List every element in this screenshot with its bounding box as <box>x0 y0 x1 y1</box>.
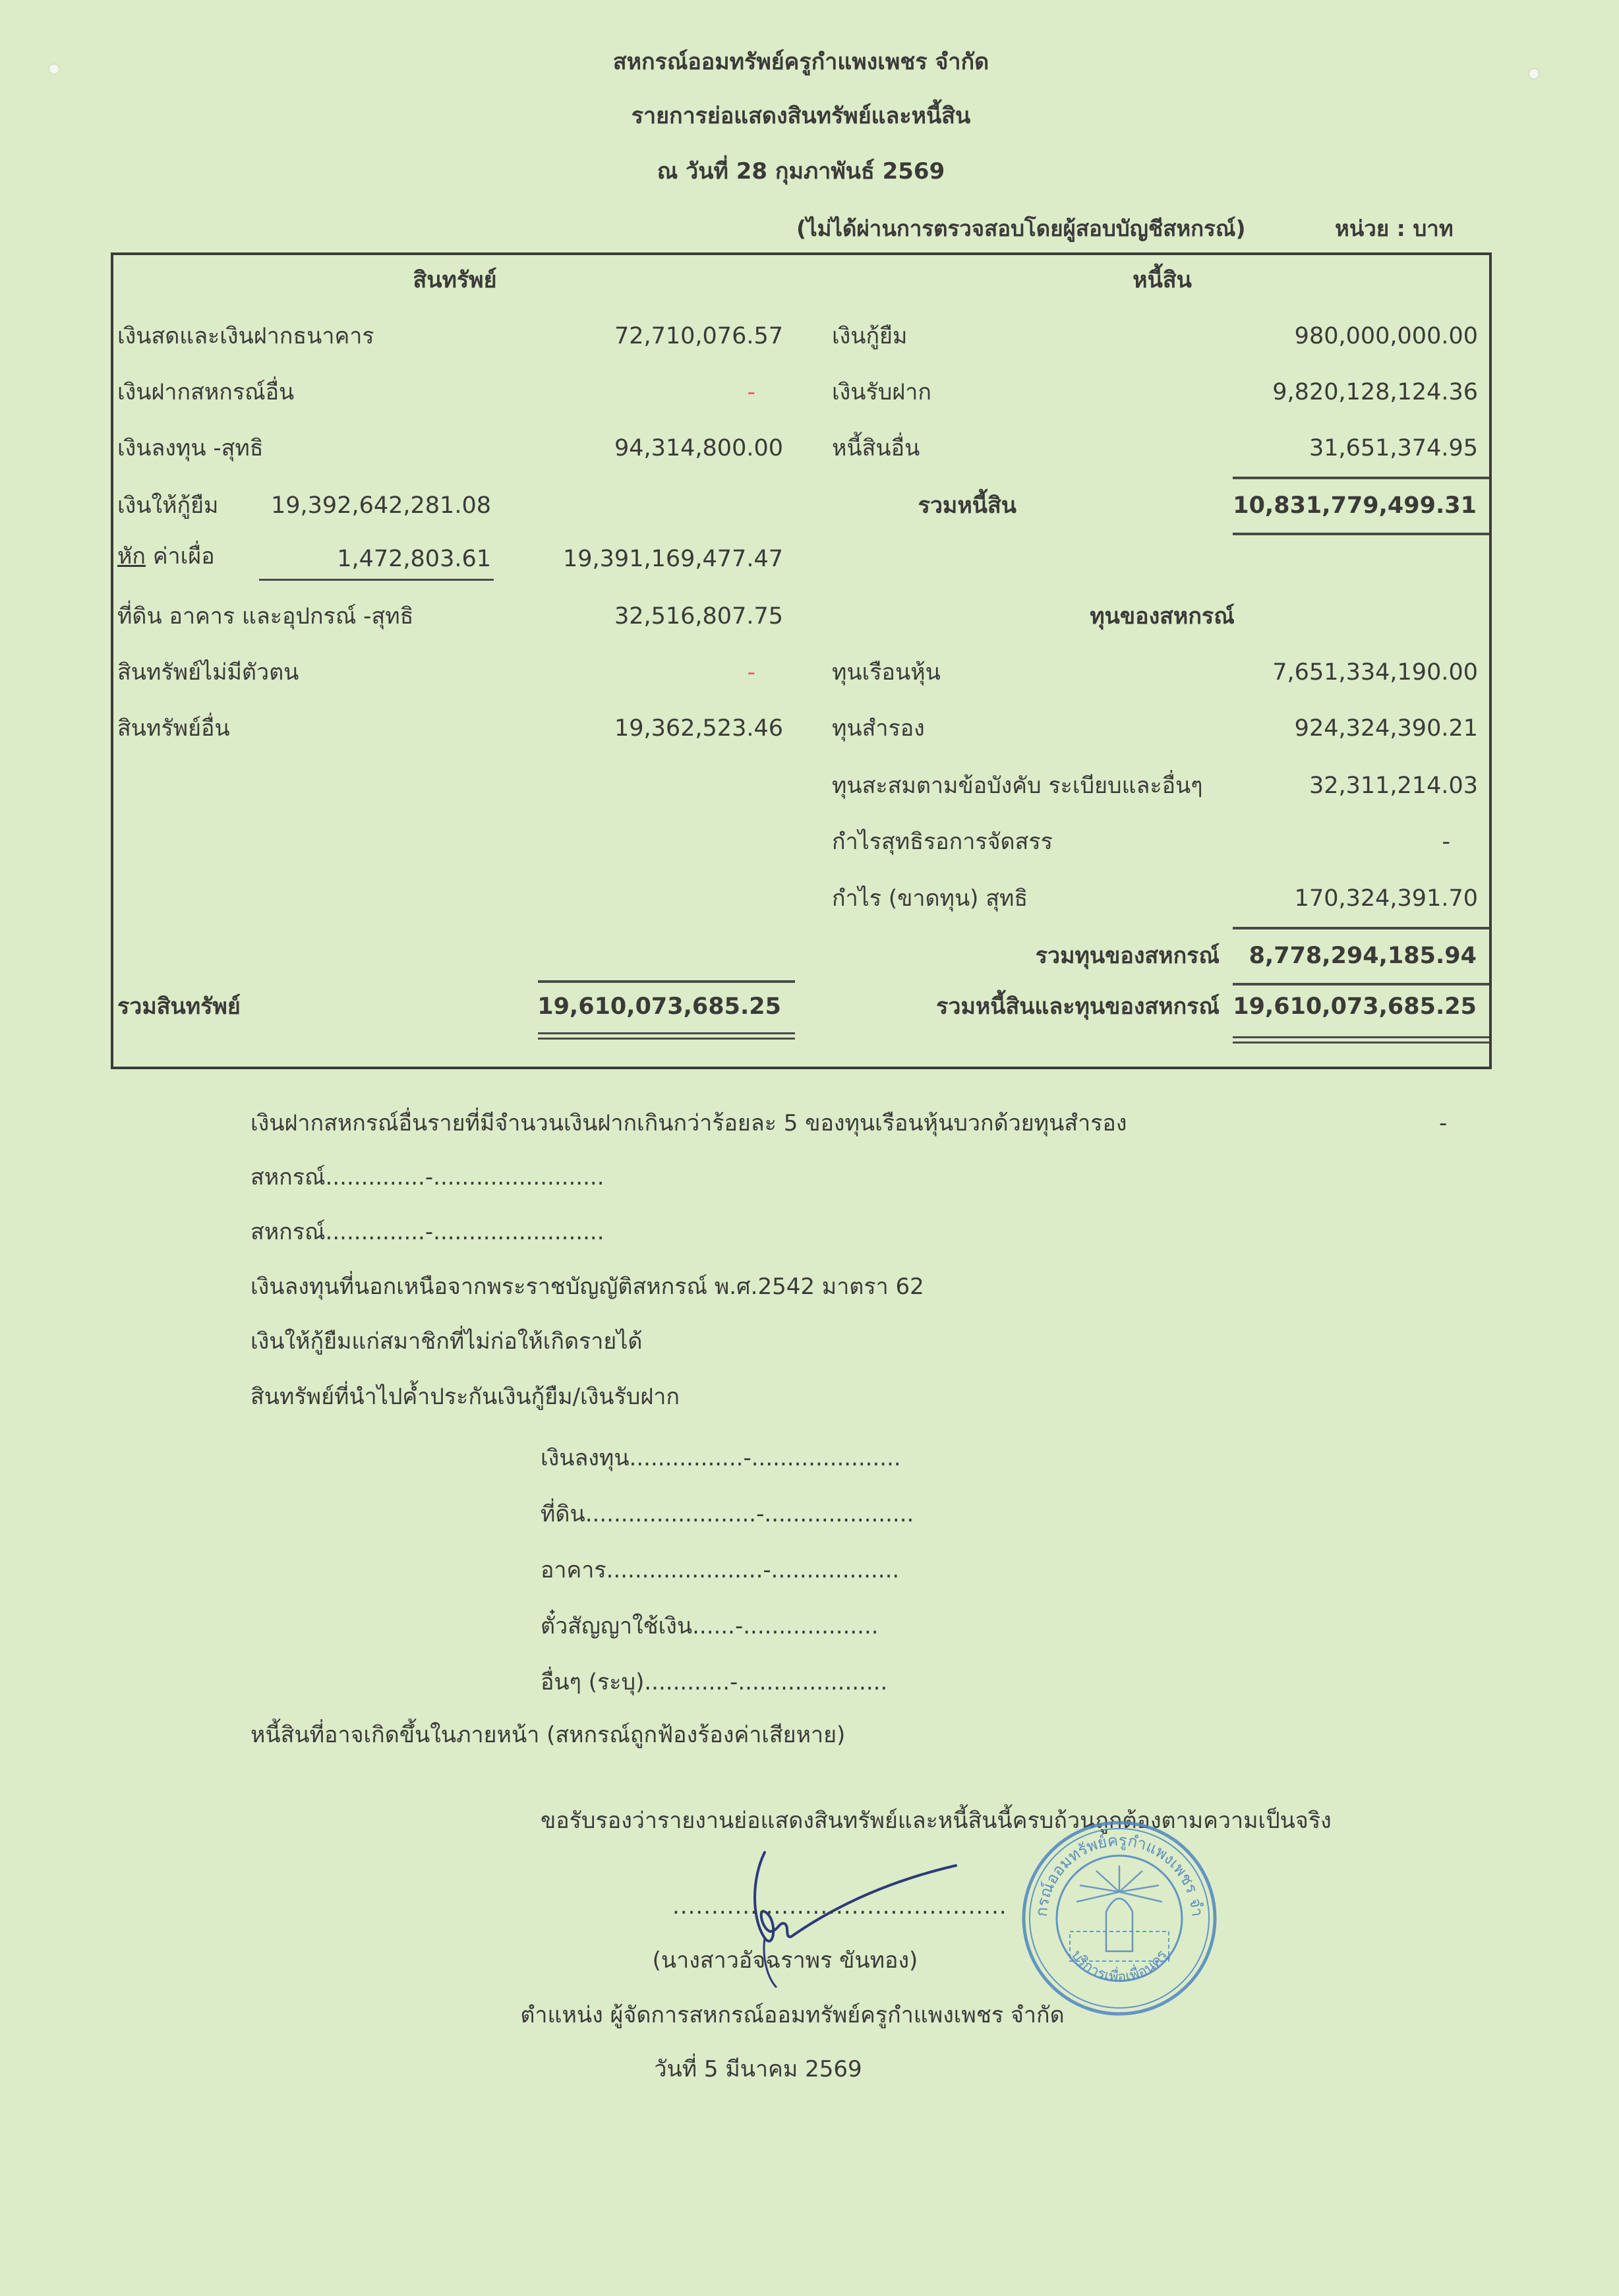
punch-hole-mark <box>49 65 59 74</box>
less-prefix: หัก <box>117 543 146 570</box>
equity-label-unappropriated: กำไรสุทธิรอการจัดสรร <box>832 827 1053 856</box>
liabilities-total-amount: 10,831,779,499.31 <box>1233 491 1477 520</box>
asset-label-ppe: ที่ดิน อาคาร และอุปกรณ์ -สุทธิ <box>117 602 413 631</box>
equity-label-share-capital: ทุนเรือนหุ้น <box>832 658 941 687</box>
liabilities-heading: หนี้สิน <box>1133 266 1192 295</box>
asset-amount-other: 19,362,523.46 <box>614 714 783 743</box>
asset-label-loans: เงินให้กู้ยืม <box>117 491 218 520</box>
equity-total-label: รวมทุนของสหกรณ์ <box>1036 941 1220 970</box>
asset-label-other: สินทรัพย์อื่น <box>117 714 230 743</box>
subtotal-rule <box>259 579 494 581</box>
assets-total-rule-top <box>538 980 795 983</box>
cooperative-seal-icon: สหกรณ์ออมทรัพย์ครูกำแพงเพชร จำกัด บริการ… <box>1020 1819 1218 2017</box>
pledged-item-promissory-note: ตั๋วสัญญาใช้เงิน......-.................… <box>541 1612 879 1641</box>
note-coop-line-2: สหกรณ์..............-...................… <box>250 1218 604 1247</box>
note-deposits-over-5pct: เงินฝากสหกรณ์อื่นรายที่มีจำนวนเงินฝากเกิ… <box>250 1109 1127 1138</box>
allowance-label: ค่าเผื่อ <box>153 543 215 570</box>
signer-position: ตำแหน่ง ผู้จัดการสหกรณ์ออมทรัพย์ครูกำแพง… <box>520 2001 1064 2030</box>
asset-amount-cash: 72,710,076.57 <box>614 322 783 351</box>
note-non-performing-loans: เงินให้กู้ยืมแก่สมาชิกที่ไม่ก่อให้เกิดรา… <box>250 1327 643 1356</box>
asset-amount-investments: 94,314,800.00 <box>614 434 783 463</box>
liability-amount-deposits: 9,820,128,124.36 <box>1272 378 1478 407</box>
asset-amount-coop-deposits: - <box>747 378 755 407</box>
assets-heading: สินทรัพย์ <box>413 266 496 295</box>
asset-label-investments: เงินลงทุน -สุทธิ <box>117 434 264 463</box>
assets-total-double-rule-2 <box>538 1038 795 1040</box>
equity-amount-reserve: 924,324,390.21 <box>1295 714 1478 743</box>
assets-total-amount: 19,610,073,685.25 <box>537 992 781 1021</box>
pledged-item-investment: เงินลงทุน................-..............… <box>541 1444 901 1473</box>
equity-amount-share-capital: 7,651,334,190.00 <box>1272 658 1478 687</box>
pledged-item-building: อาคาร......................-............… <box>541 1556 899 1585</box>
signature-line: ........................................… <box>672 1892 1007 1921</box>
equity-total-rule-bottom <box>1233 983 1489 986</box>
grand-total-label: รวมหนี้สินและทุนของสหกรณ์ <box>936 992 1220 1021</box>
liabilities-total-rule-top <box>1233 477 1489 479</box>
liability-label-other: หนี้สินอื่น <box>832 434 920 463</box>
asset-label-coop-deposits: เงินฝากสหกรณ์อื่น <box>117 378 294 407</box>
grand-total-double-rule-1 <box>1233 1036 1489 1038</box>
asset-label-intangible: สินทรัพย์ไม่มีตัวตน <box>117 658 299 687</box>
pledged-item-other: อื่นๆ (ระบุ)............-...............… <box>541 1668 887 1697</box>
grand-total-double-rule-2 <box>1233 1042 1489 1044</box>
punch-hole-mark <box>1529 69 1539 78</box>
asset-amount-loans-gross: 19,392,642,281.08 <box>271 491 491 520</box>
equity-amount-net-profit: 170,324,391.70 <box>1295 884 1478 913</box>
report-date: ณ วันที่ 28 กุมภาพันธ์ 2569 <box>657 153 945 189</box>
liabilities-total-label: รวมหนี้สิน <box>918 491 1016 520</box>
equity-amount-unappropriated: - <box>1442 827 1450 856</box>
equity-label-reserve: ทุนสำรอง <box>832 714 925 743</box>
note-pledged-assets: สินทรัพย์ที่นำไปค้ำประกันเงินกู้ยืม/เงิน… <box>250 1382 680 1411</box>
unit-label: หน่วย : บาท <box>1335 211 1454 246</box>
svg-text:บริการเพื่อเพื่อนครู: บริการเพื่อเพื่อนครู <box>1068 1947 1171 1986</box>
pledged-item-land: ที่ดิน........................-.........… <box>541 1500 914 1529</box>
organization-name: สหกรณ์ออมทรัพย์ครูกำแพงเพชร จำกัด <box>613 44 989 79</box>
equity-label-net-profit: กำไร (ขาดทุน) สุทธิ <box>832 884 1028 913</box>
liability-label-deposits: เงินรับฝาก <box>832 378 931 407</box>
note-contingent-liabilities: หนี้สินที่อาจเกิดขึ้นในภายหน้า (สหกรณ์ถู… <box>250 1721 845 1750</box>
equity-total-amount: 8,778,294,185.94 <box>1249 941 1477 970</box>
liabilities-total-rule-bottom <box>1233 533 1489 535</box>
equity-amount-accumulated-fund: 32,311,214.03 <box>1309 771 1478 800</box>
signature-date: วันที่ 5 มีนาคม 2569 <box>654 2055 862 2084</box>
note-coop-line-1: สหกรณ์..............-...................… <box>250 1163 604 1192</box>
liability-label-borrowings: เงินกู้ยืม <box>832 322 907 351</box>
asset-amount-intangible: - <box>747 658 755 687</box>
asset-amount-loans-net: 19,391,169,477.47 <box>563 545 783 574</box>
audit-note: (ไม่ได้ผ่านการตรวจสอบโดยผู้สอบบัญชีสหกรณ… <box>796 211 1246 246</box>
grand-total-amount: 19,610,073,685.25 <box>1233 992 1477 1021</box>
assets-total-double-rule-1 <box>538 1032 795 1034</box>
asset-amount-allowance: 1,472,803.61 <box>337 545 491 574</box>
liability-amount-other: 31,651,374.95 <box>1309 434 1478 463</box>
asset-label-allowance: หัก ค่าเผื่อ <box>117 542 215 571</box>
note-deposits-over-5pct-value: - <box>1439 1109 1447 1138</box>
svg-text:สหกรณ์ออมทรัพย์ครูกำแพงเพชร จำ: สหกรณ์ออมทรัพย์ครูกำแพงเพชร จำกัด <box>1020 1819 1207 1918</box>
equity-heading: ทุนของสหกรณ์ <box>1090 602 1234 631</box>
report-title: รายการย่อแสดงสินทรัพย์และหนี้สิน <box>632 98 971 133</box>
assets-total-label: รวมสินทรัพย์ <box>117 992 241 1021</box>
asset-amount-ppe: 32,516,807.75 <box>614 602 783 631</box>
asset-label-cash: เงินสดและเงินฝากธนาคาร <box>117 322 374 351</box>
signer-name: (นางสาวอัจฉราพร ขันทอง) <box>653 1946 918 1975</box>
equity-label-accumulated-fund: ทุนสะสมตามข้อบังคับ ระเบียบและอื่นๆ <box>832 771 1203 800</box>
note-investment-beyond-act: เงินลงทุนที่นอกเหนือจากพระราชบัญญัติสหกร… <box>250 1272 924 1301</box>
liability-amount-borrowings: 980,000,000.00 <box>1295 322 1478 351</box>
equity-total-rule-top <box>1233 927 1489 929</box>
